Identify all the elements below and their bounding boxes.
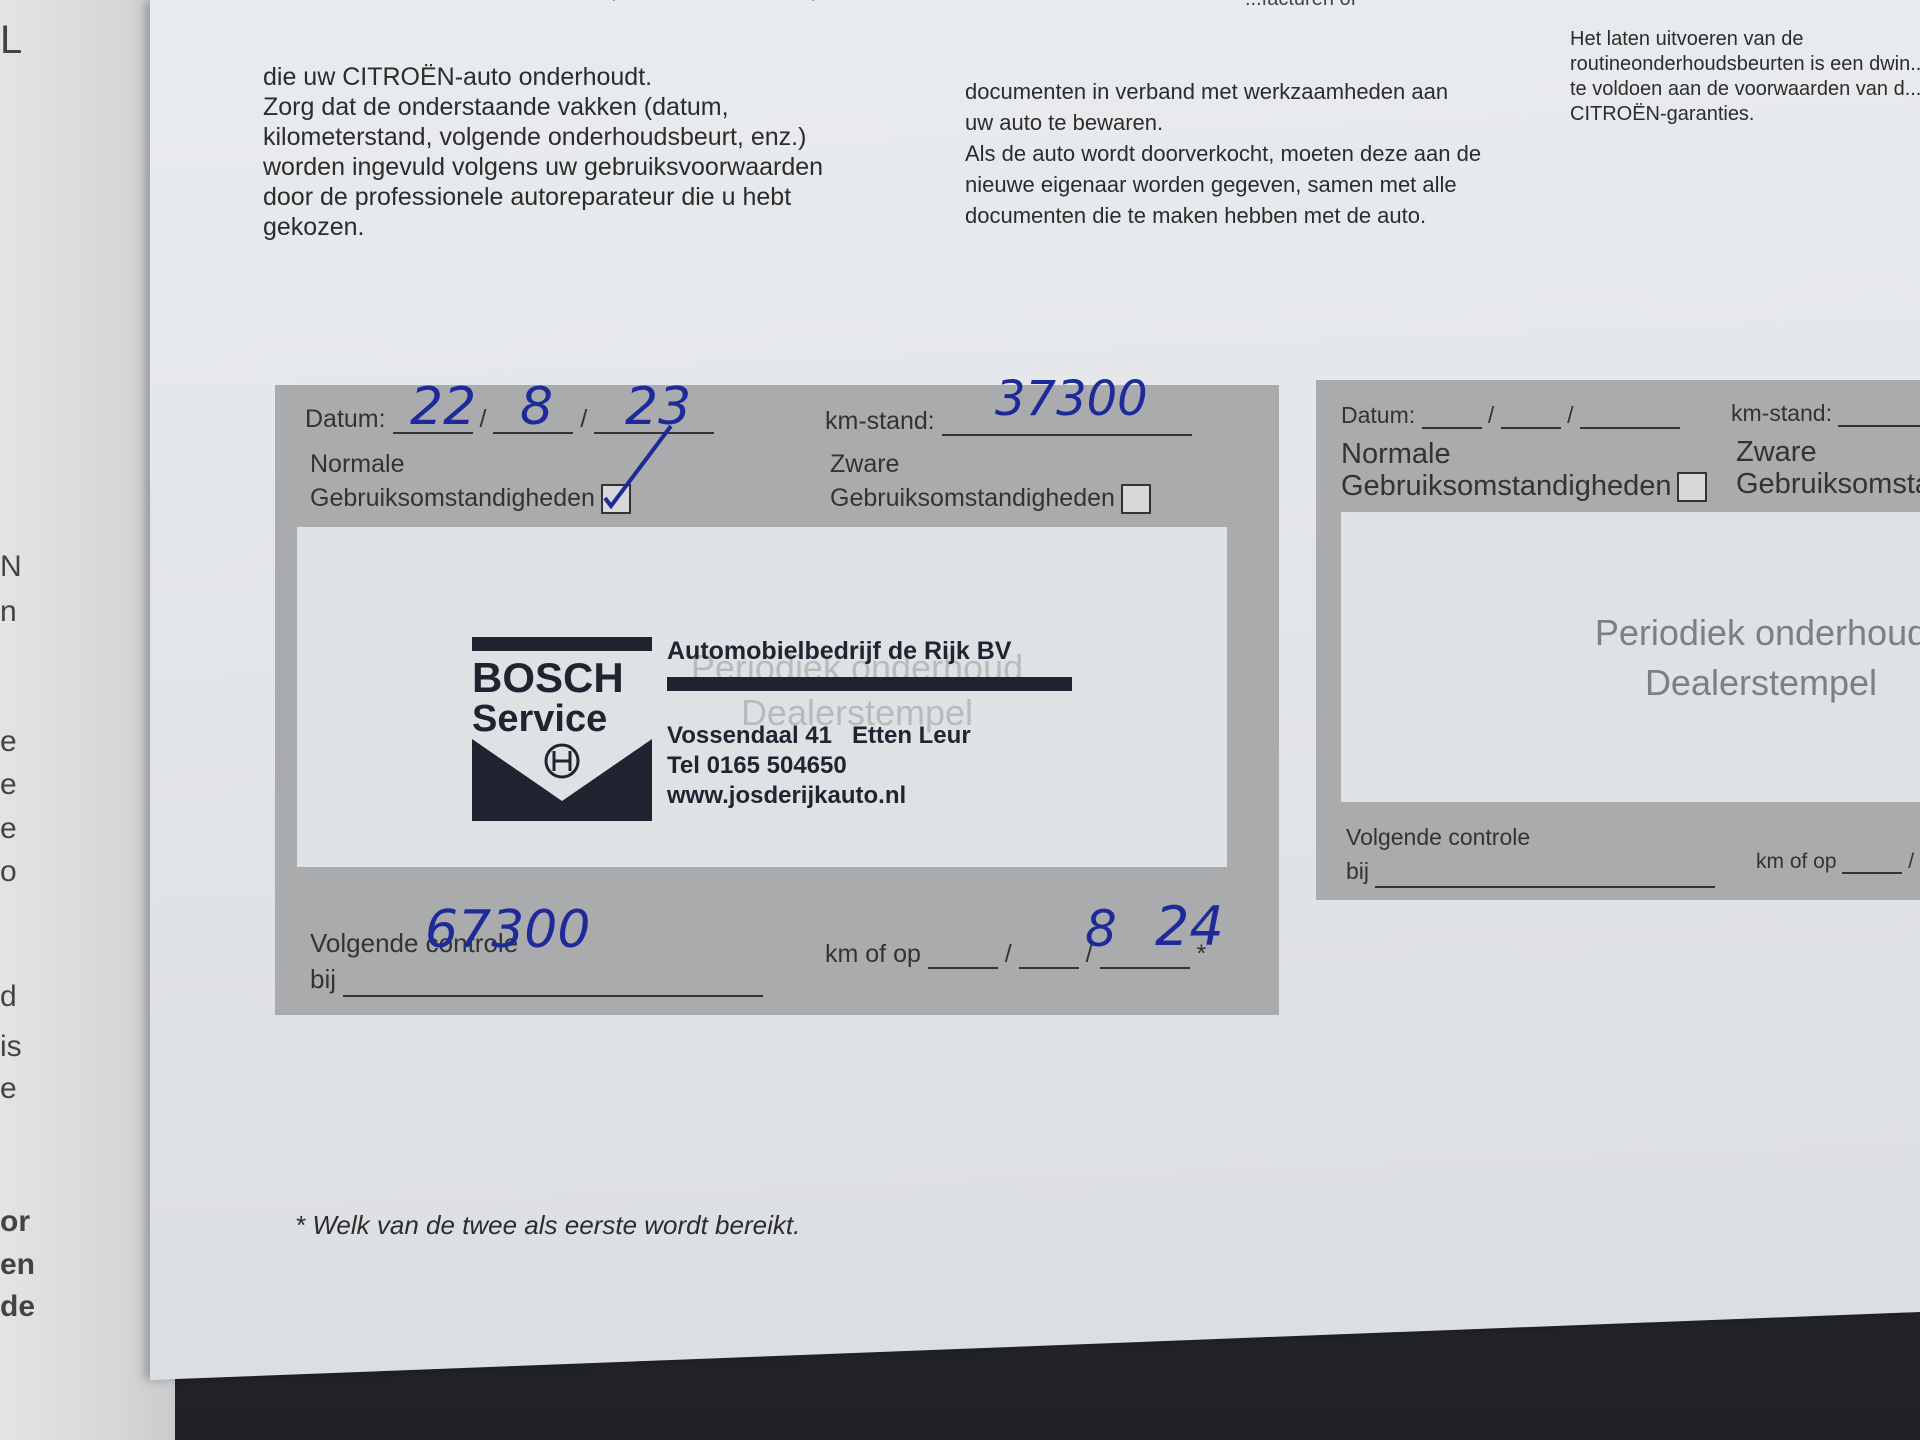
next-label-line1: Volgende controle [1346, 820, 1715, 854]
stamp-strike-bar [667, 677, 1072, 691]
stamp-address: Vossendaal 41 Etten Leur [667, 722, 971, 750]
normal-conditions-checkbox[interactable] [601, 484, 631, 514]
heavy-conditions-option[interactable]: Zware Gebruiksomstandigheden [830, 447, 1151, 515]
handwritten-date-month: 8 [520, 377, 553, 437]
km-label: km-stand: [825, 407, 935, 435]
handwritten-date-year: 23 [625, 377, 691, 437]
normal-conditions-option[interactable]: Normale Gebruiksomstandigheden [310, 447, 631, 515]
normal-label-line1: Normale [310, 447, 631, 481]
stamp-phone: Tel 0165 504650 [667, 752, 847, 780]
left-page-fragment: is [0, 1030, 22, 1064]
stamp-top-bar [472, 637, 652, 651]
km-or-label: km of op [1756, 850, 1837, 873]
next-service-date-row: km of op / [1756, 850, 1914, 874]
stamp-company: Automobielbedrijf de Rijk BV [667, 637, 1011, 666]
date-row: Datum: / / [1341, 402, 1680, 429]
bosch-brand: BOSCH [472, 657, 652, 699]
checkmark-icon [601, 446, 661, 506]
intro-column-2: ...facturen of documenten in verband met… [965, 14, 1565, 231]
intro-column-2-partial: ...facturen of [1245, 0, 1356, 15]
left-page-fragment: or [0, 1205, 30, 1239]
heavy-conditions-option[interactable]: Zware Gebruiksomsta... [1736, 436, 1920, 500]
km-label: km-stand: [1731, 400, 1832, 426]
footnote: * Welk van de twee als eerste wordt bere… [295, 1210, 800, 1241]
bosch-armature-logo-icon [472, 739, 652, 821]
left-page-fragment: N [0, 550, 22, 584]
intro-column-2-text: documenten in verband met werkzaamheden … [965, 79, 1481, 228]
km-field[interactable] [1838, 403, 1920, 427]
left-page-fragment: en [0, 1248, 35, 1282]
date-label: Datum: [305, 405, 386, 433]
normal-label-line2: Gebruiksomstandigheden [310, 484, 595, 512]
heavy-conditions-checkbox[interactable] [1121, 484, 1151, 514]
left-page-fragment: o [0, 855, 17, 889]
handwritten-next-month: 8 [1085, 900, 1117, 958]
km-row: km-stand: [1731, 400, 1920, 427]
service-brand: Service [472, 699, 652, 739]
heavy-label-line1: Zware [830, 447, 1151, 481]
next-km-field[interactable] [1375, 864, 1715, 888]
left-page-fragment: d [0, 980, 17, 1014]
intro-column-1: ...professionele autoreparateur die uw C… [263, 2, 913, 242]
maintenance-card-2: Datum: / / km-stand: Normale Gebruiksoms… [1316, 380, 1920, 900]
next-label-line2: bij [310, 964, 336, 994]
handwritten-next-km: 67300 [425, 900, 590, 960]
left-page-fragment: e [0, 1072, 17, 1106]
left-page-fragment: e [0, 768, 17, 802]
heavy-label-line2: Gebruiksomstandigheden [830, 484, 1115, 512]
left-page-fragment: de [0, 1290, 35, 1324]
service-booklet-page: ...professionele autoreparateur die uw C… [150, 0, 1920, 1380]
normal-label-line2: Gebruiksomstandigheden [1341, 470, 1671, 502]
normal-label-line1: Normale [1341, 438, 1707, 470]
next-service-km-row: Volgende controle bij [1346, 820, 1715, 888]
left-page-fragment: L [0, 18, 22, 63]
left-page-fragment: n [0, 595, 17, 629]
date-month-field[interactable] [1501, 405, 1561, 429]
left-page-edge: L N n e e e o d is e or en de [0, 0, 175, 1440]
left-page-fragment: e [0, 725, 17, 759]
next-km-field[interactable] [343, 973, 763, 997]
handwritten-next-year: 24 [1155, 895, 1224, 958]
stamp-website: www.josderijkauto.nl [667, 782, 906, 810]
date-year-field[interactable] [1580, 405, 1680, 429]
intro-column-1-partial: ...professionele autoreparateur [593, 0, 893, 4]
dealer-stamp-area: Periodiek onderhoud Dealerstempel [1341, 512, 1920, 802]
normal-conditions-checkbox[interactable] [1677, 472, 1707, 502]
next-date-month-field[interactable] [1019, 945, 1079, 969]
next-label-line2: bij [1346, 858, 1369, 884]
normal-conditions-option[interactable]: Normale Gebruiksomstandigheden [1341, 438, 1707, 502]
stamp-placeholder-1: Periodiek onderhoud [1521, 612, 1920, 654]
next-date-day-field[interactable] [1842, 850, 1902, 874]
handwritten-date-day: 22 [410, 377, 476, 437]
date-label: Datum: [1341, 402, 1415, 428]
next-service-date-row: km of op / / * [825, 940, 1206, 969]
stamp-placeholder-2: Dealerstempel [1521, 662, 1920, 704]
intro-column-3: Het laten uitvoeren van de routineonderh… [1570, 2, 1920, 127]
intro-column-3-text: Het laten uitvoeren van de routineonderh… [1570, 28, 1920, 125]
heavy-label-line2: Gebruiksomsta... [1736, 468, 1920, 500]
left-page-fragment: e [0, 812, 17, 846]
dealer-stamp-area: Periodiek onderhoud Dealerstempel BOSCH … [297, 527, 1227, 867]
maintenance-card-1: Datum: / / 22 8 23 km-stand: 37300 Norma… [275, 385, 1279, 1015]
bosch-service-stamp: BOSCH Service [472, 637, 652, 826]
next-date-day-field[interactable] [928, 945, 998, 969]
intro-column-1-text: die uw CITROËN-auto onderhoudt. Zorg dat… [263, 63, 823, 241]
date-day-field[interactable] [1422, 405, 1482, 429]
handwritten-km: 37300 [995, 371, 1148, 427]
heavy-label-line1: Zware [1736, 436, 1920, 468]
km-or-label: km of op [825, 940, 921, 968]
